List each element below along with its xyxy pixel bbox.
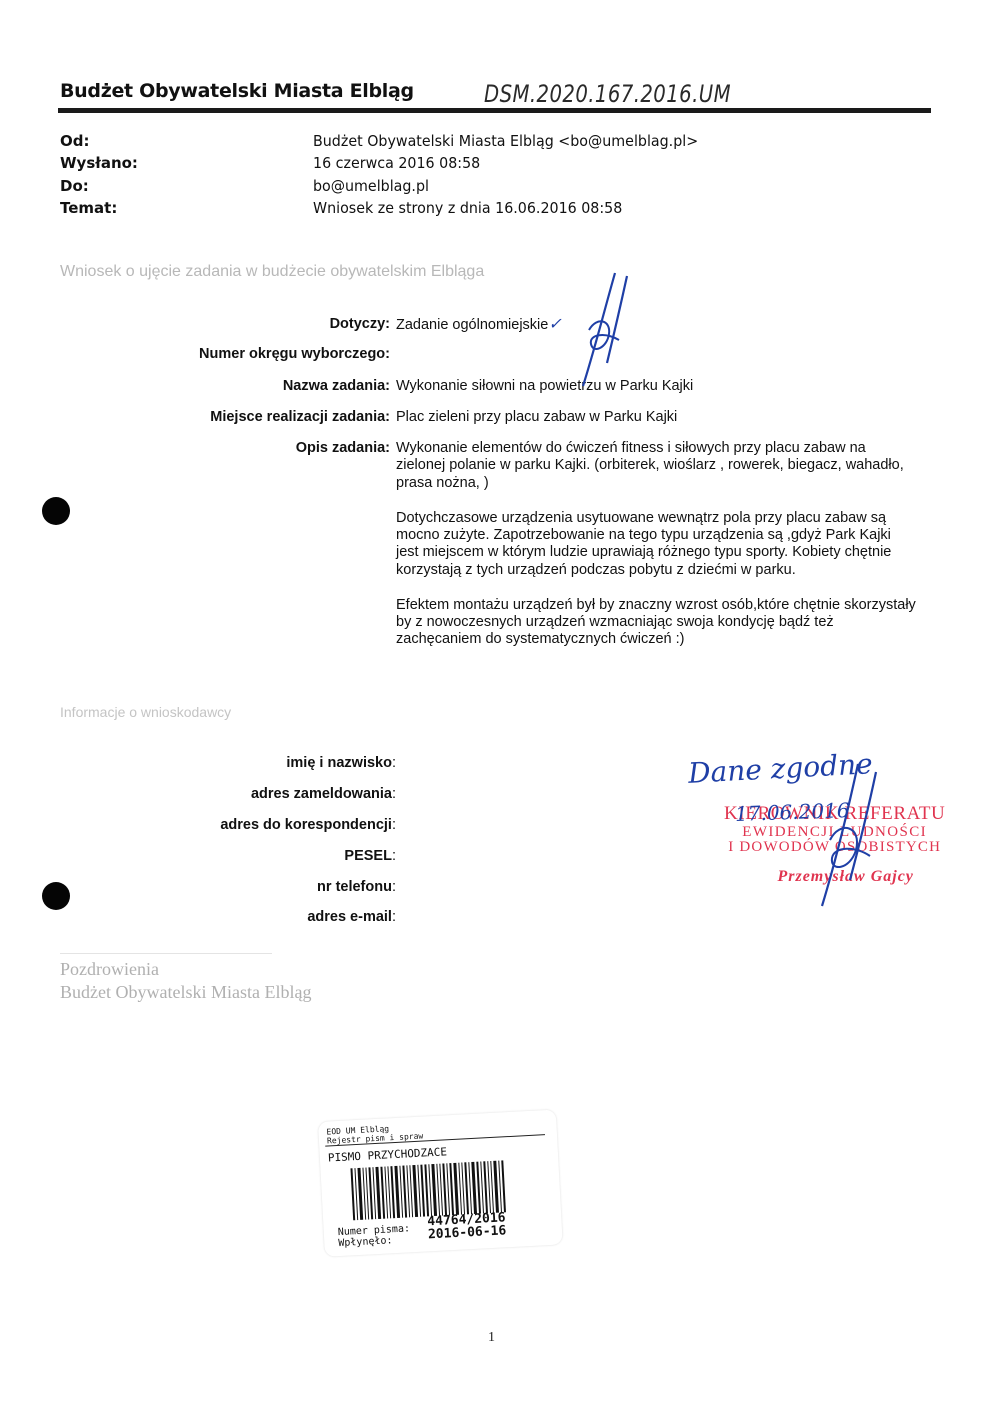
received-date: 2016-06-16 xyxy=(428,1224,507,1241)
applicant-field-name: imię i nazwisko: xyxy=(0,755,396,771)
registry-labels: Numer pisma: Wpłynęło: xyxy=(338,1223,411,1249)
initials-signature-icon xyxy=(575,268,635,393)
applicant-field-pesel: PESEL: xyxy=(0,848,396,864)
field-label: Miejsce realizacji zadania: xyxy=(0,409,396,426)
email-metadata: Od: Budżet Obywatelski Miasta Elbląg <bo… xyxy=(60,130,718,219)
meta-to: Do: bo@umelblag.pl xyxy=(60,175,718,197)
header-divider xyxy=(58,108,931,113)
field-label: Opis zadania: xyxy=(0,440,396,666)
registry-label: EOD UM Elbląg Rejestr pism i spraw PISMO… xyxy=(318,1110,563,1257)
field-value: Plac zieleni przy placu zabaw w Parku Ka… xyxy=(396,409,916,426)
field-label: adres zameldowania xyxy=(251,786,392,802)
description-paragraph: Dotychczasowe urządzenia usytuowane wewn… xyxy=(396,510,916,580)
application-section-title: Wniosek o ujęcie zadania w budżecie obyw… xyxy=(60,263,484,281)
applicant-field-registered-address: adres zameldowania: xyxy=(0,786,396,802)
field-value-wrap: Zadanie ogólnomiejskie✓ xyxy=(396,316,916,334)
barcode-icon xyxy=(350,1158,542,1220)
field-opis: Opis zadania: Wykonanie elementów do ćwi… xyxy=(0,440,916,666)
field-label: adres do korespondencji xyxy=(220,817,392,833)
field-label: Numer okręgu wyborczego: xyxy=(0,346,396,362)
closing-sender: Budżet Obywatelski Miasta Elbląg xyxy=(60,981,311,1004)
field-label: Dotyczy: xyxy=(0,316,396,334)
field-value xyxy=(396,346,916,362)
applicant-field-correspondence-address: adres do korespondencji: xyxy=(0,817,396,833)
meta-label: Do: xyxy=(60,177,313,195)
page-number: 1 xyxy=(488,1330,495,1346)
document-title: Budżet Obywatelski Miasta Elbląg xyxy=(60,80,414,102)
description-paragraph: Wykonanie elementów do ćwiczeń fitness i… xyxy=(396,440,916,492)
applicant-section-title: Informacje o wnioskodawcy xyxy=(60,704,231,720)
punch-hole xyxy=(42,497,70,525)
field-nazwa-zadania: Nazwa zadania: Wykonanie siłowni na powi… xyxy=(0,378,916,395)
meta-subject: Temat: Wniosek ze strony z dnia 16.06.20… xyxy=(60,197,718,219)
checkmark-icon: ✓ xyxy=(548,316,561,333)
field-miejsce: Miejsce realizacji zadania: Plac zieleni… xyxy=(0,409,916,426)
signature-divider xyxy=(60,953,272,954)
applicant-field-phone: nr telefonu: xyxy=(0,879,396,895)
field-label: imię i nazwisko xyxy=(286,755,392,771)
field-okreg: Numer okręgu wyborczego: xyxy=(0,346,916,362)
field-description: Wykonanie elementów do ćwiczeń fitness i… xyxy=(396,440,916,666)
field-label: nr telefonu xyxy=(317,879,392,895)
handwritten-case-reference: DSM.2020.167.2016.UM xyxy=(484,80,731,108)
colon: : xyxy=(392,879,396,895)
closing-greeting: Pozdrowienia xyxy=(60,958,311,981)
colon: : xyxy=(392,755,396,771)
field-label: PESEL xyxy=(344,848,392,864)
colon: : xyxy=(392,817,396,833)
signature-icon xyxy=(800,760,880,910)
meta-value: bo@umelblag.pl xyxy=(313,177,429,195)
field-dotyczy: Dotyczy: Zadanie ogólnomiejskie✓ xyxy=(0,316,916,334)
description-paragraph: Efektem montażu urządzeń był by znaczny … xyxy=(396,597,916,649)
closing-signature: Pozdrowienia Budżet Obywatelski Miasta E… xyxy=(60,958,311,1004)
colon: : xyxy=(392,786,396,802)
meta-value: Wniosek ze strony z dnia 16.06.2016 08:5… xyxy=(313,199,622,217)
field-label: Nazwa zadania: xyxy=(0,378,396,395)
field-value: Zadanie ogólnomiejskie xyxy=(396,317,548,333)
meta-from: Od: Budżet Obywatelski Miasta Elbląg <bo… xyxy=(60,130,718,152)
meta-label: Od: xyxy=(60,132,313,150)
meta-value: Budżet Obywatelski Miasta Elbląg <bo@ume… xyxy=(313,132,698,150)
registry-values: 44764/2016 2016-06-16 xyxy=(427,1211,507,1241)
meta-label: Wysłano: xyxy=(60,154,313,172)
colon: : xyxy=(392,909,396,925)
field-value: Wykonanie siłowni na powietrzu w Parku K… xyxy=(396,378,916,395)
meta-value: 16 czerwca 2016 08:58 xyxy=(313,154,480,172)
meta-label: Temat: xyxy=(60,199,313,217)
field-label: adres e-mail xyxy=(307,909,392,925)
meta-sent: Wysłano: 16 czerwca 2016 08:58 xyxy=(60,152,718,174)
colon: : xyxy=(392,848,396,864)
applicant-field-email: adres e-mail: xyxy=(0,909,396,925)
